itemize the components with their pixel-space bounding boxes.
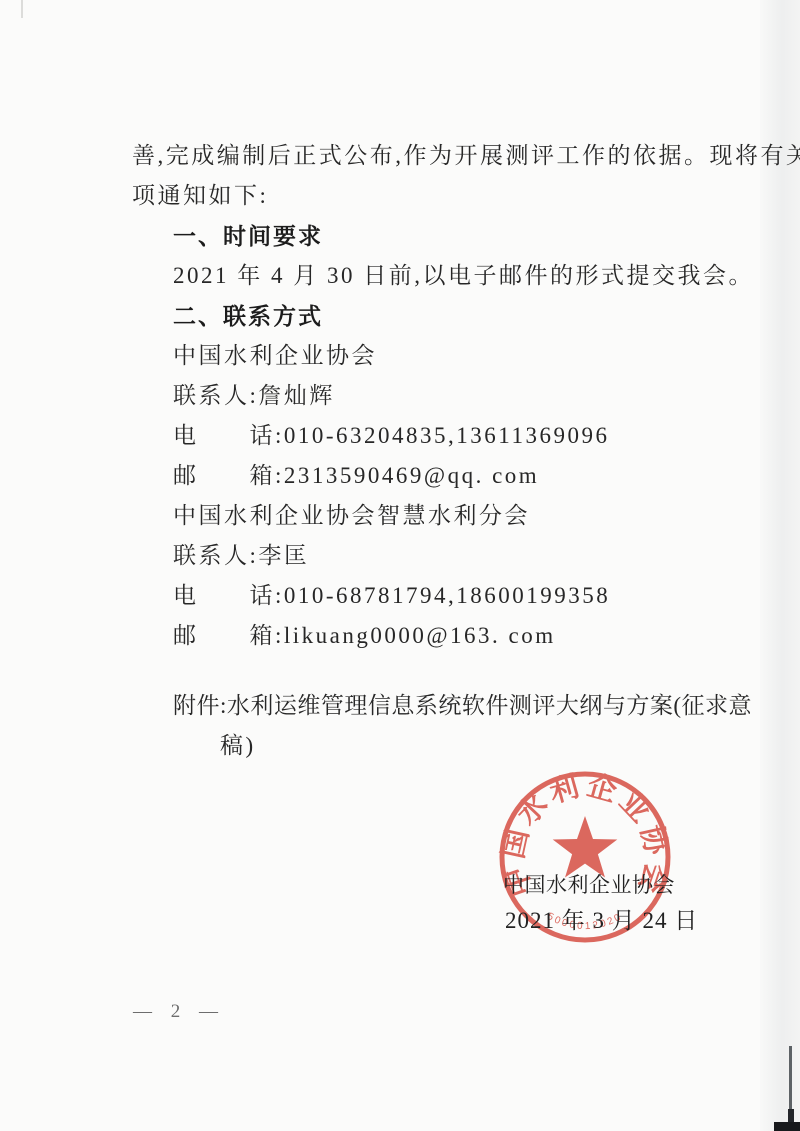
contact-phone: 电 话:010-63204835,13611369096 xyxy=(132,416,800,456)
contact-person: 联系人:詹灿辉 xyxy=(132,376,800,416)
page-number: — 2 — xyxy=(133,1001,220,1023)
org-name-branch: 中国水利企业协会智慧水利分会 xyxy=(132,496,800,536)
attachment-line-continued: 稿) xyxy=(132,726,800,766)
scan-artifact-corner-mark xyxy=(774,1122,800,1131)
org-name: 中国水利企业协会 xyxy=(132,336,800,376)
time-requirement-text: 2021 年 4 月 30 日前,以电子邮件的形式提交我会。 xyxy=(132,256,800,296)
heading-time-requirement: 一、时间要求 xyxy=(132,216,800,256)
signature-date: 2021 年 3 月 24 日 xyxy=(505,902,698,935)
attachment-line: 附件:水利运维管理信息系统软件测评大纲与方案(征求意 xyxy=(132,686,800,726)
contact-person-2: 联系人:李匡 xyxy=(132,536,800,576)
body-text-line: 善,完成编制后正式公布,作为开展测评工作的依据。现将有关事 xyxy=(132,136,800,176)
contact-phone-2: 电 话:010-68781794,18600199358 xyxy=(132,576,800,616)
heading-contact-info: 二、联系方式 xyxy=(132,296,800,336)
scan-artifact-line xyxy=(21,0,23,18)
document-body: 善,完成编制后正式公布,作为开展测评工作的依据。现将有关事 项通知如下: 一、时… xyxy=(132,136,800,766)
contact-email-2: 邮 箱:likuang0000@163. com xyxy=(132,616,800,656)
signature-org: 中国水利企业协会 xyxy=(503,869,675,899)
scanned-document-page: 善,完成编制后正式公布,作为开展测评工作的依据。现将有关事 项通知如下: 一、时… xyxy=(0,0,800,1131)
body-text-line: 项通知如下: xyxy=(132,176,800,216)
contact-email: 邮 箱:2313590469@qq. com xyxy=(132,456,800,496)
